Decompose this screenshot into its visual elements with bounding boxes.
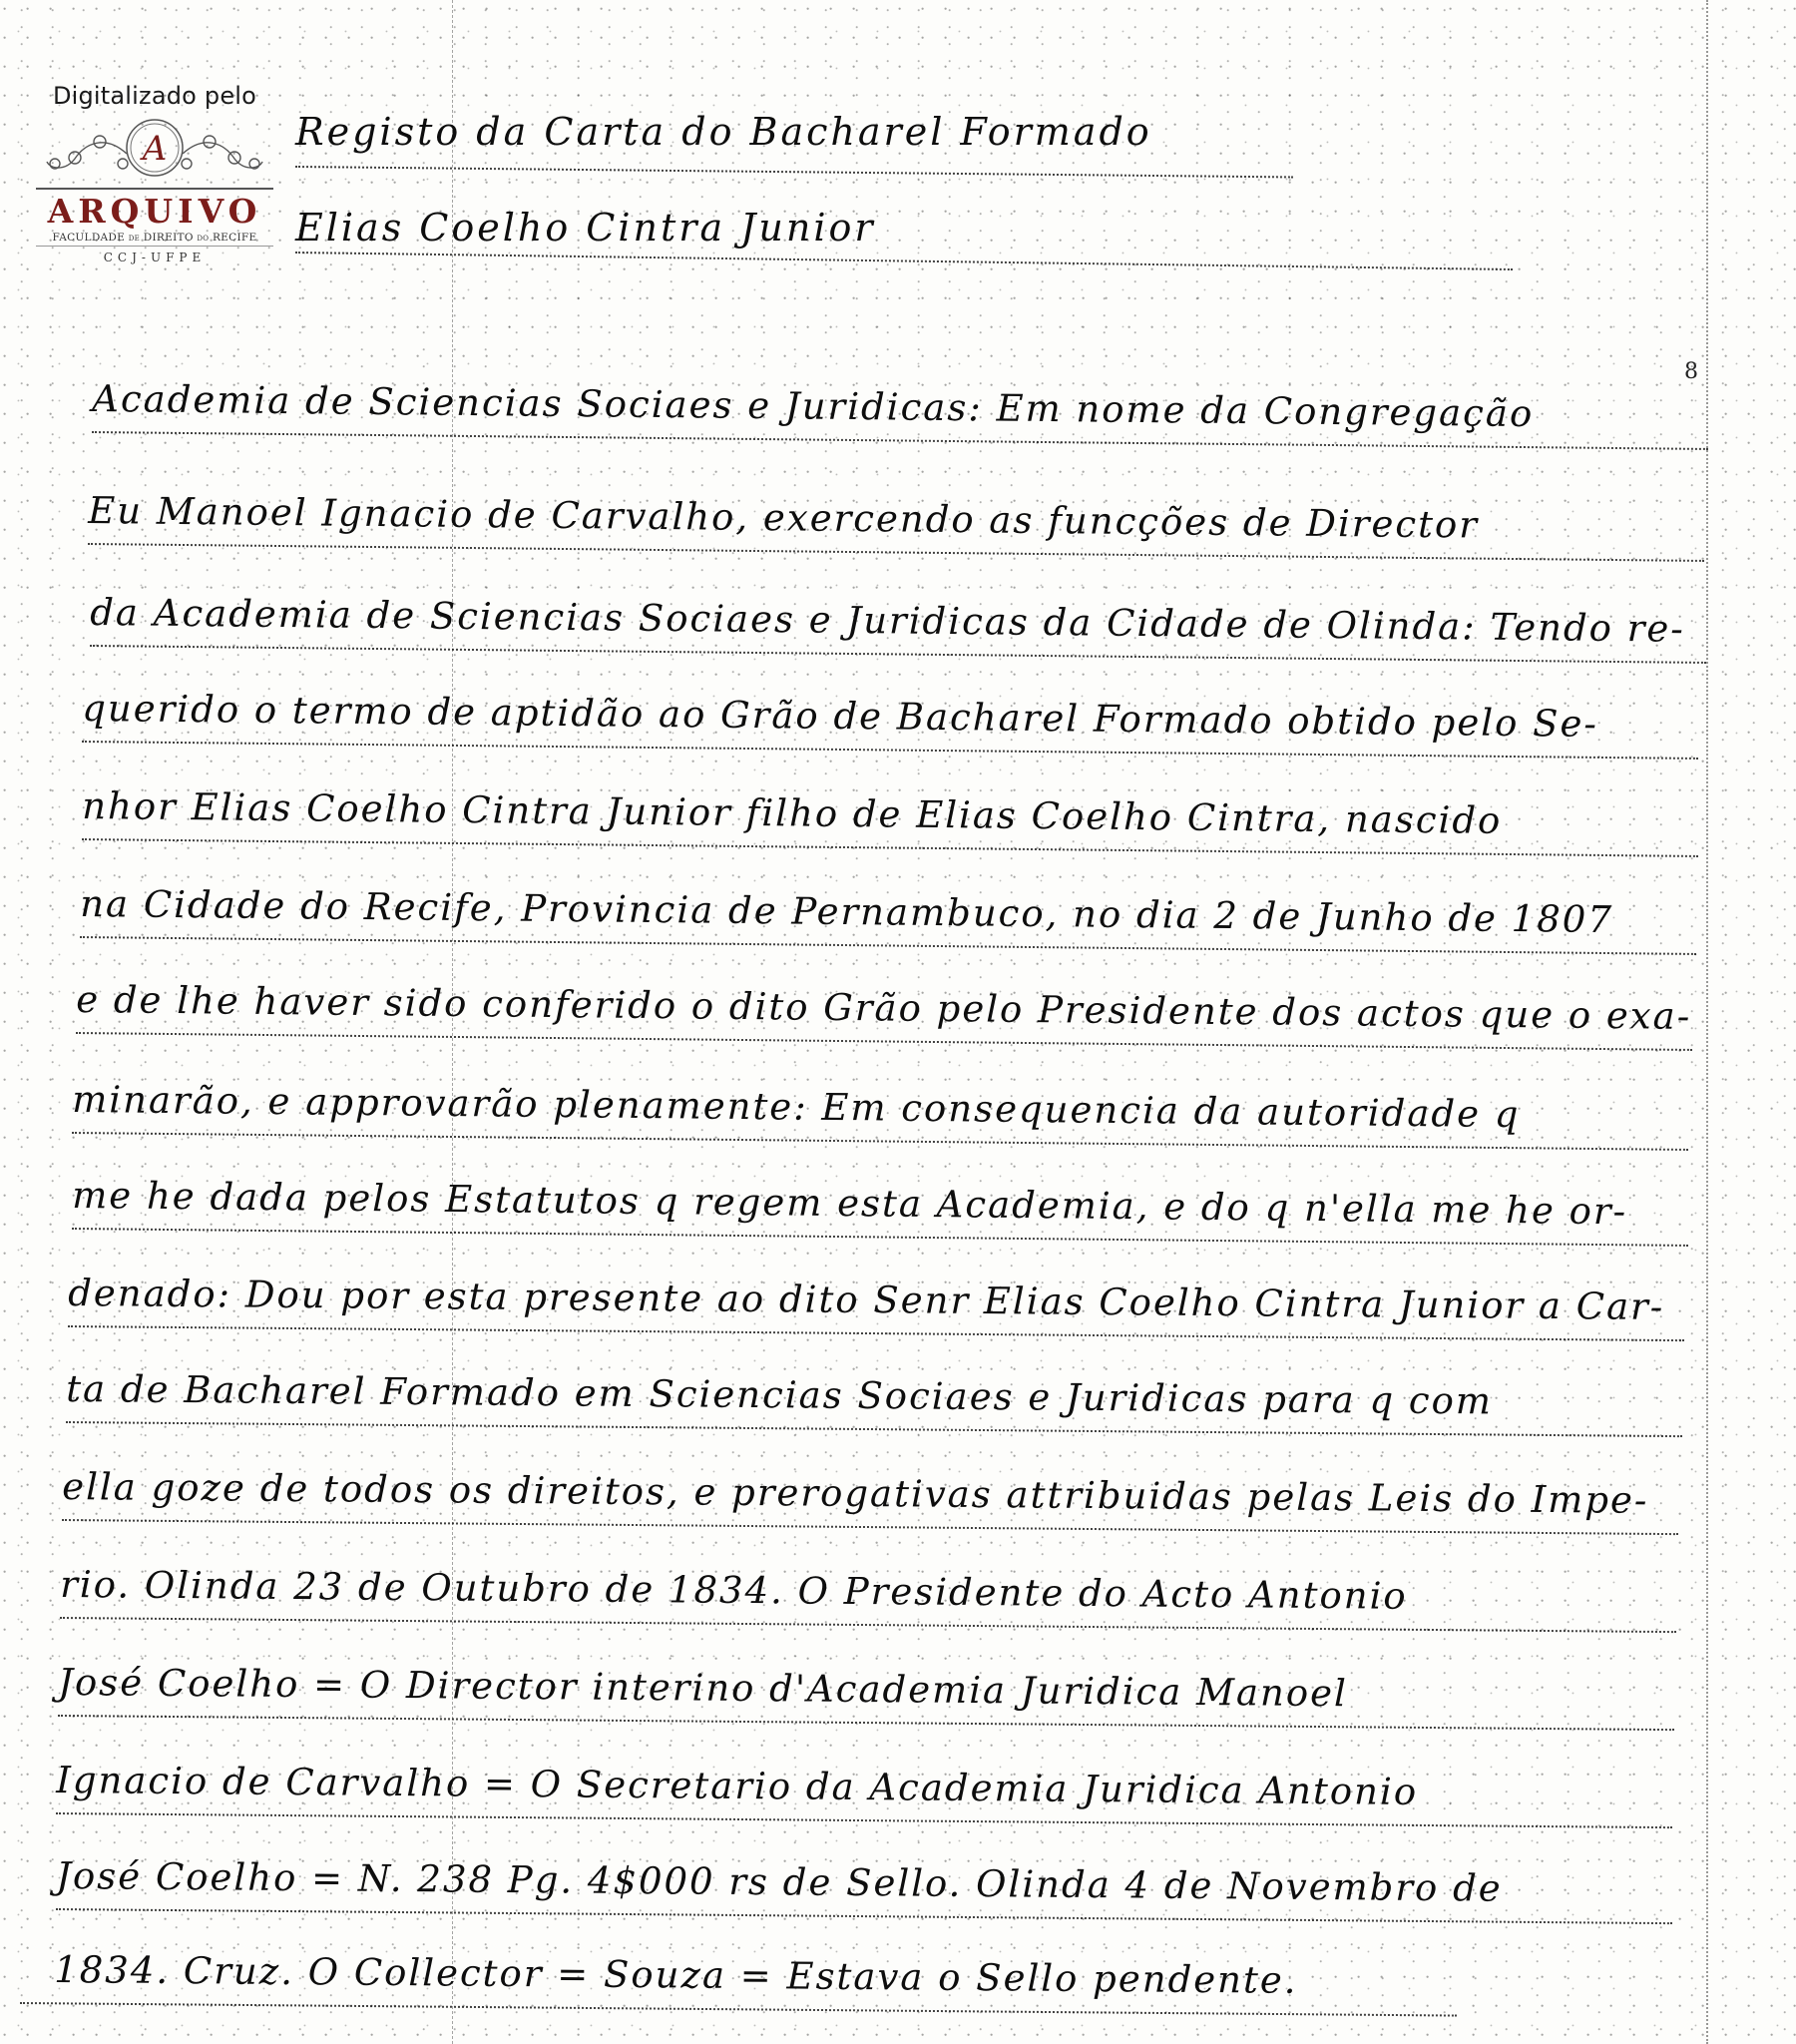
logo-caption: Digitalizado pelo [30, 82, 279, 110]
title-line-2: Elias Coelho Cintra Junior [295, 206, 876, 250]
archive-logo: Digitalizado pelo A ARQUIVO FACULDADE DE… [30, 82, 279, 264]
logo-rule [36, 188, 273, 190]
page-mark: 8 [1684, 359, 1698, 384]
logo-institution: FACULDADE DE DIREITO DO RECIFE [30, 232, 279, 244]
title-line-1: Registo da Carta do Bacharel Formado [295, 110, 1152, 154]
emblem-icon: A [30, 114, 279, 186]
logo-name: ARQUIVO [30, 192, 279, 232]
svg-text:A: A [140, 129, 168, 169]
logo-rule-2 [36, 246, 273, 247]
page-edge [1706, 0, 1708, 2044]
logo-affiliation: CCJ-UFPE [30, 251, 279, 264]
